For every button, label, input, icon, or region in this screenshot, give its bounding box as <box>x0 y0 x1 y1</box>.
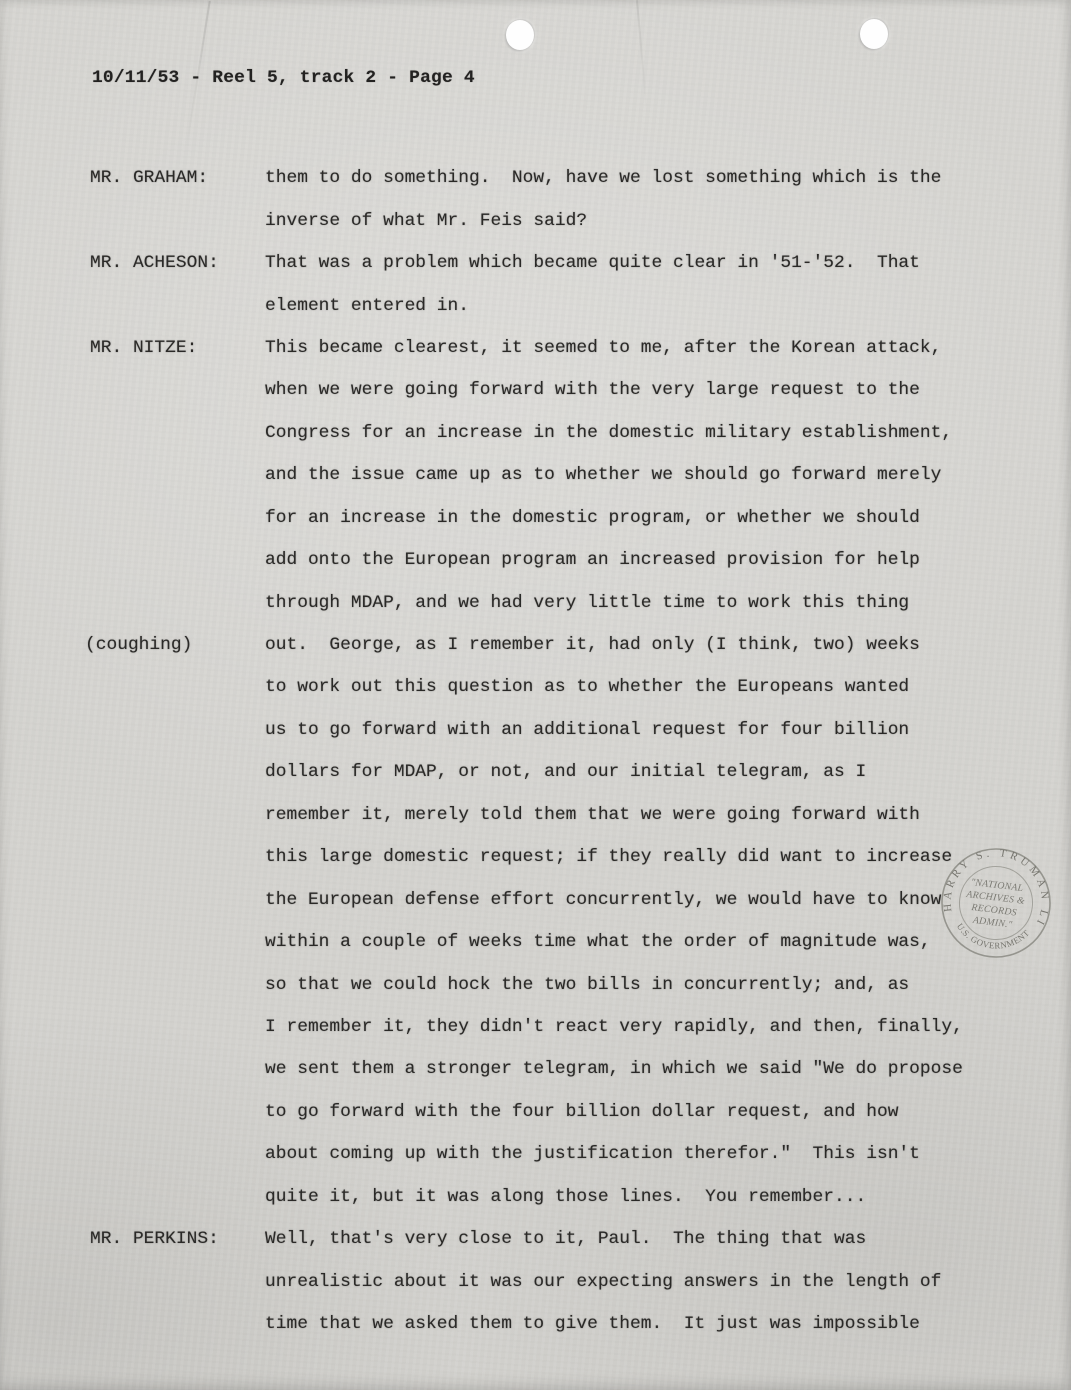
punch-hole-right <box>860 19 888 49</box>
transcript-text: them to do something. Now, have we lost … <box>265 168 1010 188</box>
transcript-line: dollars for MDAP, or not, and our initia… <box>90 751 1010 793</box>
transcript-text: add onto the European program an increas… <box>265 550 1010 570</box>
transcript-line: within a couple of weeks time what the o… <box>90 921 1010 963</box>
transcript-text: element entered in. <box>265 296 1010 316</box>
transcript-line: and the issue came up as to whether we s… <box>90 454 1010 496</box>
transcript-line: through MDAP, and we had very little tim… <box>90 581 1010 623</box>
transcript-line: us to go forward with an additional requ… <box>90 709 1010 751</box>
page-header: 10/11/53 - Reel 5, track 2 - Page 4 <box>92 68 475 88</box>
transcript-text: Congress for an increase in the domestic… <box>265 423 1010 443</box>
transcript-text: quite it, but it was along those lines. … <box>265 1187 1010 1207</box>
margin-note: (coughing) <box>85 635 265 655</box>
transcript-line: time that we asked them to give them. It… <box>90 1303 1010 1345</box>
speaker-label: MR. NITZE: <box>90 338 265 358</box>
transcript-line: inverse of what Mr. Feis said? <box>90 199 1010 241</box>
transcript-text: I remember it, they didn't react very ra… <box>265 1017 1010 1037</box>
archives-stamp: HARRY S. TRUMAN LIBRARY U.S. GOVERNMENT … <box>921 828 1071 978</box>
transcript-line: MR. NITZE:This became clearest, it seeme… <box>90 327 1010 369</box>
speaker-label: MR. PERKINS: <box>90 1229 265 1249</box>
transcript-line: we sent them a stronger telegram, in whi… <box>90 1048 1010 1090</box>
transcript-text: us to go forward with an additional requ… <box>265 720 1010 740</box>
transcript-text: we sent them a stronger telegram, in whi… <box>265 1059 1010 1079</box>
transcript-line: so that we could hock the two bills in c… <box>90 963 1010 1005</box>
transcript-line: the European defense effort concurrently… <box>90 878 1010 920</box>
transcript-text: so that we could hock the two bills in c… <box>265 975 1010 995</box>
transcript-line: MR. ACHESON:That was a problem which bec… <box>90 242 1010 284</box>
transcript-text: for an increase in the domestic program,… <box>265 508 1010 528</box>
transcript-line: remember it, merely told them that we we… <box>90 794 1010 836</box>
transcript-line: Congress for an increase in the domestic… <box>90 412 1010 454</box>
transcript-text: and the issue came up as to whether we s… <box>265 465 1010 485</box>
transcript-text: this large domestic request; if they rea… <box>265 847 1010 867</box>
paper-crease <box>636 0 648 115</box>
transcript-text: the European defense effort concurrently… <box>265 890 1010 910</box>
transcript-line: (coughing)out. George, as I remember it,… <box>90 624 1010 666</box>
transcript-line: unrealistic about it was our expecting a… <box>90 1260 1010 1302</box>
transcript-line: for an increase in the domestic program,… <box>90 497 1010 539</box>
transcript-text: out. George, as I remember it, had only … <box>265 635 1010 655</box>
transcript-line: I remember it, they didn't react very ra… <box>90 1006 1010 1048</box>
transcript-text: This became clearest, it seemed to me, a… <box>265 338 1010 358</box>
transcript-line: when we were going forward with the very… <box>90 369 1010 411</box>
transcript-text: dollars for MDAP, or not, and our initia… <box>265 762 1010 782</box>
speaker-label: MR. ACHESON: <box>90 253 265 273</box>
transcript-text: remember it, merely told them that we we… <box>265 805 1010 825</box>
transcript-text: Well, that's very close to it, Paul. The… <box>265 1229 1010 1249</box>
speaker-label: MR. GRAHAM: <box>90 168 265 188</box>
transcript-line: to work out this question as to whether … <box>90 666 1010 708</box>
transcript-line: MR. PERKINS:Well, that's very close to i… <box>90 1218 1010 1260</box>
transcript-text: inverse of what Mr. Feis said? <box>265 211 1010 231</box>
transcript-line: to go forward with the four billion doll… <box>90 1091 1010 1133</box>
document-page: 10/11/53 - Reel 5, track 2 - Page 4 MR. … <box>0 0 1071 1390</box>
transcript-text: through MDAP, and we had very little tim… <box>265 593 1010 613</box>
transcript-line: about coming up with the justification t… <box>90 1133 1010 1175</box>
transcript-text: when we were going forward with the very… <box>265 380 1010 400</box>
transcript-text: about coming up with the justification t… <box>265 1144 1010 1164</box>
transcript-text: to work out this question as to whether … <box>265 677 1010 697</box>
transcript-text: to go forward with the four billion doll… <box>265 1102 1010 1122</box>
transcript: MR. GRAHAM:them to do something. Now, ha… <box>90 157 1010 1345</box>
transcript-line: element entered in. <box>90 284 1010 326</box>
transcript-text: unrealistic about it was our expecting a… <box>265 1272 1010 1292</box>
transcript-text: within a couple of weeks time what the o… <box>265 932 1010 952</box>
transcript-line: MR. GRAHAM:them to do something. Now, ha… <box>90 157 1010 199</box>
transcript-line: add onto the European program an increas… <box>90 539 1010 581</box>
punch-hole-left <box>506 20 534 50</box>
transcript-line: quite it, but it was along those lines. … <box>90 1176 1010 1218</box>
transcript-text: time that we asked them to give them. It… <box>265 1314 1010 1334</box>
transcript-text: That was a problem which became quite cl… <box>265 253 1010 273</box>
transcript-line: this large domestic request; if they rea… <box>90 836 1010 878</box>
